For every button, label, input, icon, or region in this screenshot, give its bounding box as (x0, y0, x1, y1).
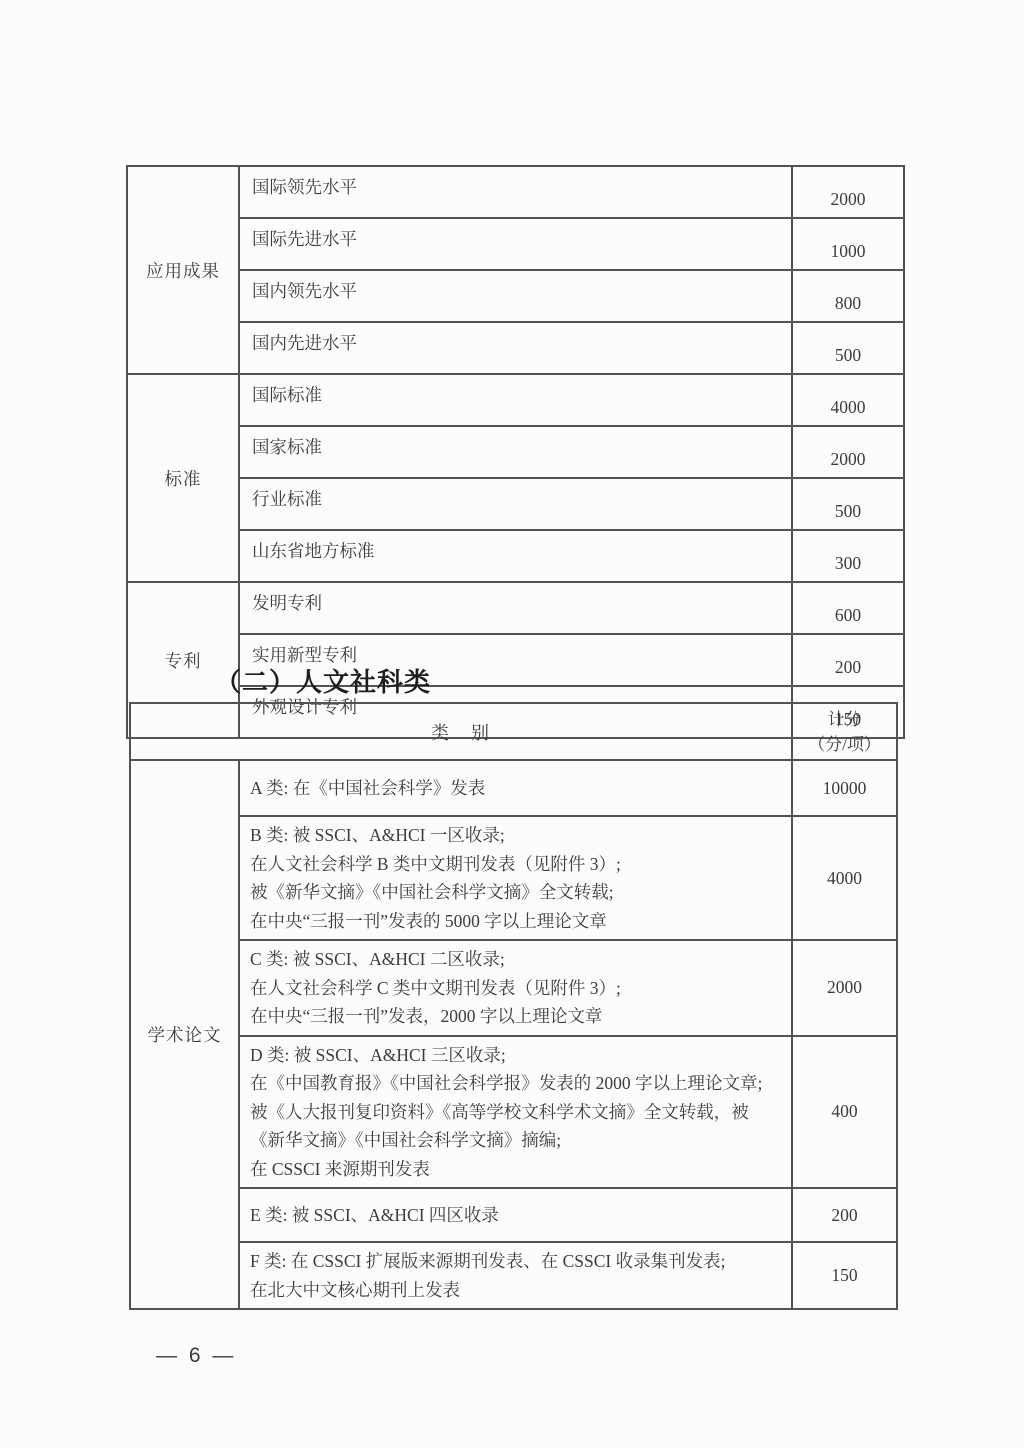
score-value-cell: 500 (792, 322, 904, 374)
item-text-line: 在人文社会科学 B 类中文期刊发表（见附件 3）; (250, 850, 783, 879)
humanities-table-body: 学术论文A 类: 在《中国社会科学》发表10000B 类: 被 SSCI、A&H… (130, 760, 897, 1309)
science-table-body: 应用成果国际领先水平2000国际先进水平1000国内领先水平800国内先进水平5… (127, 166, 904, 738)
item-label-cell: F 类: 在 CSSCI 扩展版来源期刊发表、在 CSSCI 收录集刊发表;在北… (239, 1242, 792, 1309)
item-text-line: E 类: 被 SSCI、A&HCI 四区收录 (250, 1201, 783, 1230)
item-text-line: A 类: 在《中国社会科学》发表 (250, 774, 783, 803)
item-label-cell: 发明专利 (239, 582, 792, 634)
score-value-cell: 4000 (792, 374, 904, 426)
table-row: C 类: 被 SSCI、A&HCI 二区收录;在人文社会科学 C 类中文期刊发表… (130, 940, 897, 1036)
score-value-cell: 150 (792, 1242, 897, 1309)
score-value-cell: 4000 (792, 816, 897, 940)
category-cell: 标准 (127, 374, 239, 582)
score-value-cell: 300 (792, 530, 904, 582)
item-text-line: 在北大中文核心期刊上发表 (250, 1276, 783, 1305)
category-column-header: 类 别 (130, 703, 792, 760)
score-value-cell: 2000 (792, 166, 904, 218)
item-label-cell: 国内先进水平 (239, 322, 792, 374)
item-label-cell: 国家标准 (239, 426, 792, 478)
item-label-cell: B 类: 被 SSCI、A&HCI 一区收录;在人文社会科学 B 类中文期刊发表… (239, 816, 792, 940)
item-text-line: D 类: 被 SSCI、A&HCI 三区收录; (250, 1041, 783, 1070)
item-text-line: 被《人大报刊复印资料》《高等学校文科学术文摘》全文转载，被 (250, 1098, 783, 1127)
table-row: 标准国际标准4000 (127, 374, 904, 426)
table-row: 国家标准2000 (127, 426, 904, 478)
table-row: D 类: 被 SSCI、A&HCI 三区收录;在《中国教育报》《中国社会科学报》… (130, 1036, 897, 1189)
table-row: 山东省地方标准300 (127, 530, 904, 582)
document-page: 应用成果国际领先水平2000国际先进水平1000国内领先水平800国内先进水平5… (0, 0, 1024, 1448)
item-text-line: B 类: 被 SSCI、A&HCI 一区收录; (250, 821, 783, 850)
table-row: E 类: 被 SSCI、A&HCI 四区收录200 (130, 1188, 897, 1242)
item-label-cell: 行业标准 (239, 478, 792, 530)
item-label-cell: E 类: 被 SSCI、A&HCI 四区收录 (239, 1188, 792, 1242)
category-cell: 应用成果 (127, 166, 239, 374)
item-text-line: F 类: 在 CSSCI 扩展版来源期刊发表、在 CSSCI 收录集刊发表; (250, 1247, 783, 1276)
humanities-table-header: 类 别 计分 （分/项） (130, 703, 897, 760)
section-heading-humanities: （二）人文社科类 (215, 662, 431, 699)
table-row: B 类: 被 SSCI、A&HCI 一区收录;在人文社会科学 B 类中文期刊发表… (130, 816, 897, 940)
score-header-line1: 计分 (793, 707, 896, 732)
page-number: — 6 — (156, 1344, 236, 1368)
score-value-cell: 400 (792, 1036, 897, 1189)
item-label-cell: 国际领先水平 (239, 166, 792, 218)
table-row: 应用成果国际领先水平2000 (127, 166, 904, 218)
item-label-cell: 国内领先水平 (239, 270, 792, 322)
humanities-score-table: 类 别 计分 （分/项） 学术论文A 类: 在《中国社会科学》发表10000B … (129, 702, 898, 1310)
item-label-cell: C 类: 被 SSCI、A&HCI 二区收录;在人文社会科学 C 类中文期刊发表… (239, 940, 792, 1036)
table-row: 国内先进水平500 (127, 322, 904, 374)
score-value-cell: 600 (792, 582, 904, 634)
item-text-line: 在 CSSCI 来源期刊发表 (250, 1155, 783, 1184)
item-text-line: 在《中国教育报》《中国社会科学报》发表的 2000 字以上理论文章; (250, 1069, 783, 1098)
item-text-line: 被《新华文摘》《中国社会科学文摘》全文转载; (250, 878, 783, 907)
item-label-cell: D 类: 被 SSCI、A&HCI 三区收录;在《中国教育报》《中国社会科学报》… (239, 1036, 792, 1189)
item-text-line: C 类: 被 SSCI、A&HCI 二区收录; (250, 945, 783, 974)
score-value-cell: 1000 (792, 218, 904, 270)
header-row: 类 别 计分 （分/项） (130, 703, 897, 760)
item-label-cell: A 类: 在《中国社会科学》发表 (239, 760, 792, 816)
score-value-cell: 200 (792, 634, 904, 686)
item-text-line: 在中央“三报一刊”发表的 5000 字以上理论文章 (250, 907, 783, 936)
score-value-cell: 2000 (792, 426, 904, 478)
table-row: 学术论文A 类: 在《中国社会科学》发表10000 (130, 760, 897, 816)
table-row: F 类: 在 CSSCI 扩展版来源期刊发表、在 CSSCI 收录集刊发表;在北… (130, 1242, 897, 1309)
score-column-header: 计分 （分/项） (792, 703, 897, 760)
score-value-cell: 800 (792, 270, 904, 322)
table-row: 行业标准500 (127, 478, 904, 530)
score-value-cell: 10000 (792, 760, 897, 816)
item-label-cell: 国际先进水平 (239, 218, 792, 270)
item-text-line: 《新华文摘》《中国社会科学文摘》摘编; (250, 1126, 783, 1155)
category-cell: 学术论文 (130, 760, 239, 1309)
science-achievements-score-table: 应用成果国际领先水平2000国际先进水平1000国内领先水平800国内先进水平5… (126, 165, 905, 739)
score-header-line2: （分/项） (793, 732, 896, 757)
score-value-cell: 2000 (792, 940, 897, 1036)
item-label-cell: 国际标准 (239, 374, 792, 426)
item-text-line: 在中央“三报一刊”发表，2000 字以上理论文章 (250, 1002, 783, 1031)
score-value-cell: 200 (792, 1188, 897, 1242)
table-row: 国内领先水平800 (127, 270, 904, 322)
item-label-cell: 山东省地方标准 (239, 530, 792, 582)
score-value-cell: 500 (792, 478, 904, 530)
table-row: 专利发明专利600 (127, 582, 904, 634)
table-row: 国际先进水平1000 (127, 218, 904, 270)
item-text-line: 在人文社会科学 C 类中文期刊发表（见附件 3）; (250, 974, 783, 1003)
